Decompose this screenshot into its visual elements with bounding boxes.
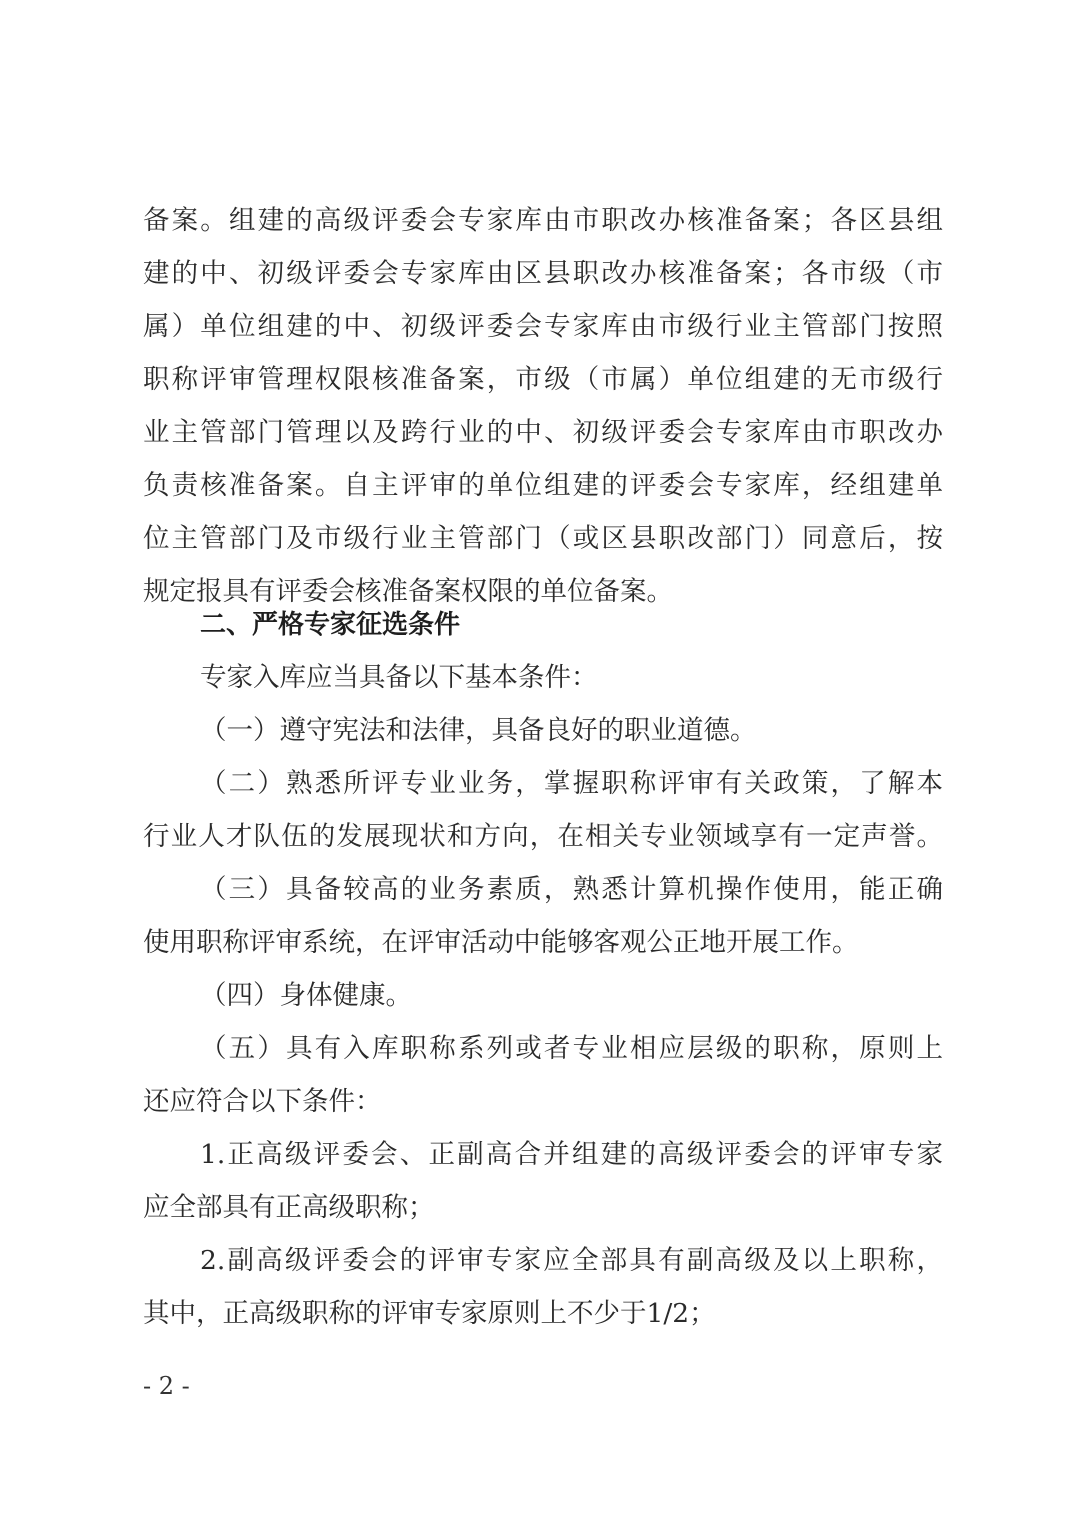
condition-item-2-cont: 行业人才队伍的发展现状和方向，在相关专业领域享有一定声誉。 xyxy=(143,817,943,857)
paragraph-line: 备案。组建的高级评委会专家库由市职改办核准备案；各区县组 xyxy=(143,201,943,241)
paragraph-line: 职称评审管理权限核准备案，市级（市属）单位组建的无市级行 xyxy=(143,360,943,400)
paragraph-line: 业主管部门管理以及跨行业的中、初级评委会专家库由市职改办 xyxy=(143,413,943,453)
document-page: 备案。组建的高级评委会专家库由市职改办核准备案；各区县组 建的中、初级评委会专家… xyxy=(0,0,1074,1520)
condition-item-5-cont: 还应符合以下条件： xyxy=(143,1082,943,1122)
condition-item-5: （五）具有入库职称系列或者专业相应层级的职称，原则上 xyxy=(200,1029,943,1069)
paragraph-line: 位主管部门及市级行业主管部门（或区县职改部门）同意后，按 xyxy=(143,519,943,559)
paragraph-line: 负责核准备案。自主评审的单位组建的评委会专家库，经组建单 xyxy=(143,466,943,506)
condition-item-4: （四）身体健康。 xyxy=(200,976,943,1016)
page-number: - 2 - xyxy=(143,1368,190,1404)
intro-line: 专家入库应当具备以下基本条件： xyxy=(200,658,943,698)
sub-condition-item-2-cont: 其中，正高级职称的评审专家原则上不少于1/2； xyxy=(143,1294,943,1334)
condition-item-2: （二）熟悉所评专业业务，掌握职称评审有关政策，了解本 xyxy=(200,764,943,804)
paragraph-line: 建的中、初级评委会专家库由区县职改办核准备案；各市级（市 xyxy=(143,254,943,294)
paragraph-line: 属）单位组建的中、初级评委会专家库由市级行业主管部门按照 xyxy=(143,307,943,347)
condition-item-3-cont: 使用职称评审系统，在评审活动中能够客观公正地开展工作。 xyxy=(143,923,943,963)
section-heading: 二、严格专家征选条件 xyxy=(200,605,943,645)
sub-condition-item-1: 1.正高级评委会、正副高合并组建的高级评委会的评审专家 xyxy=(200,1135,943,1175)
sub-condition-item-1-cont: 应全部具有正高级职称； xyxy=(143,1188,943,1228)
sub-condition-item-2: 2.副高级评委会的评审专家应全部具有副高级及以上职称， xyxy=(200,1241,943,1281)
condition-item-3: （三）具备较高的业务素质，熟悉计算机操作使用，能正确 xyxy=(200,870,943,910)
condition-item-1: （一）遵守宪法和法律，具备良好的职业道德。 xyxy=(200,711,943,751)
